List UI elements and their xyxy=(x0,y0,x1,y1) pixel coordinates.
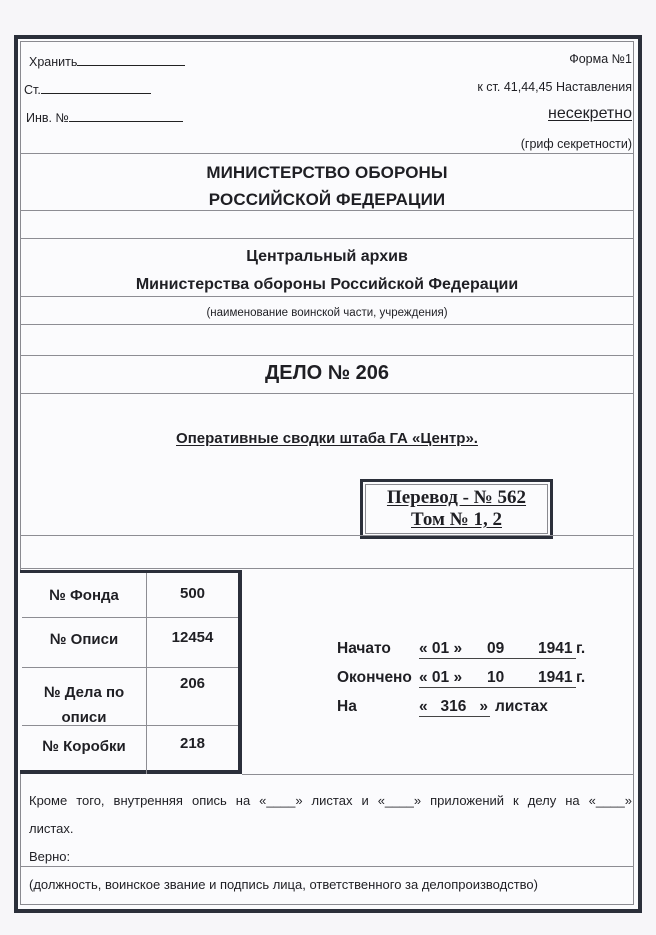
sheets-count: « 316 » xyxy=(419,698,488,716)
sheets-suffix: листах xyxy=(495,698,548,716)
signature-caption: (должность, воинское звание и подпись ли… xyxy=(29,877,538,892)
year-suffix: г. xyxy=(576,640,585,658)
ended-label: Окончено xyxy=(337,669,412,687)
registry-row-delo: № Дела по описи 206 xyxy=(22,668,238,726)
registry-row-fond: № Фонда 500 xyxy=(22,573,238,618)
inventory-note-end: листах. xyxy=(29,821,74,836)
ministry-line-2: РОССИЙСКОЙ ФЕДЕРАЦИИ xyxy=(20,190,634,210)
article-blank[interactable] xyxy=(41,93,151,94)
registry-value: 218 xyxy=(147,726,238,774)
divider xyxy=(20,296,634,297)
sheets-label: На xyxy=(337,698,357,716)
registry-label: № Фонда xyxy=(22,573,147,617)
archive-caption: (наименование воинской части, учреждения… xyxy=(20,307,634,319)
divider xyxy=(20,568,634,569)
registry-value: 500 xyxy=(147,573,238,617)
divider xyxy=(20,210,634,211)
divider xyxy=(20,153,634,154)
inventory-field: Инв. № xyxy=(26,111,183,125)
divider xyxy=(242,774,634,775)
registry-label: № Описи xyxy=(22,618,147,667)
ended-month: 10 xyxy=(487,669,504,687)
archive-line-1: Центральный архив xyxy=(20,248,634,266)
year-suffix: г. xyxy=(576,669,585,687)
started-label: Начато xyxy=(337,640,391,658)
translation-stamp: Перевод - № 562 Том № 1, 2 xyxy=(360,479,553,539)
registry-label: № Коробки xyxy=(22,726,147,774)
regulation-reference: к ст. 41,44,45 Наставления xyxy=(477,80,632,94)
started-day: « 01 » xyxy=(419,640,462,658)
inventory-blank[interactable] xyxy=(69,121,183,122)
divider xyxy=(20,355,634,356)
registry-value: 206 xyxy=(147,668,238,725)
volume-number: Том № 1, 2 xyxy=(363,509,550,531)
classification-caption: (гриф секретности) xyxy=(521,137,632,151)
registry-value: 12454 xyxy=(147,618,238,667)
ended-date-field[interactable]: « 01 » 10 1941 xyxy=(419,669,576,688)
inventory-note: Кроме того, внутренняя опись на «____» л… xyxy=(29,793,632,808)
registry-row-opis: № Описи 12454 xyxy=(22,618,238,668)
divider xyxy=(20,866,634,867)
started-year: 1941 xyxy=(538,640,572,658)
registry-table: № Фонда 500 № Описи 12454 № Дела по опис… xyxy=(20,570,242,774)
archive-line-2: Министерства обороны Российской Федераци… xyxy=(20,276,634,294)
registry-label: № Дела по описи xyxy=(22,668,147,725)
translation-number: Перевод - № 562 xyxy=(363,487,550,509)
inventory-label: Инв. № xyxy=(26,111,69,125)
article-label: Ст. xyxy=(24,83,41,97)
divider xyxy=(20,324,634,325)
case-subject: Оперативные сводки штаба ГА «Центр». xyxy=(20,430,634,447)
case-title: ДЕЛО № 206 xyxy=(20,362,634,385)
divider xyxy=(20,535,634,536)
article-field: Ст. xyxy=(24,83,151,97)
keep-field: Хранить xyxy=(29,55,185,69)
registry-row-box: № Коробки 218 xyxy=(22,726,238,774)
ended-year: 1941 xyxy=(538,669,572,687)
divider xyxy=(20,393,634,394)
keep-label: Хранить xyxy=(29,55,77,69)
ended-day: « 01 » xyxy=(419,669,462,687)
ministry-line-1: МИНИСТЕРСТВО ОБОРОНЫ xyxy=(20,163,634,183)
form-number: Форма №1 xyxy=(569,52,632,66)
started-date-field[interactable]: « 01 » 09 1941 xyxy=(419,640,576,659)
classification-stamp: несекретно xyxy=(548,105,632,123)
verified-label: Верно: xyxy=(29,849,70,864)
keep-blank[interactable] xyxy=(77,65,185,66)
started-month: 09 xyxy=(487,640,504,658)
divider xyxy=(20,238,634,239)
sheets-count-field[interactable]: « 316 » xyxy=(419,698,490,717)
